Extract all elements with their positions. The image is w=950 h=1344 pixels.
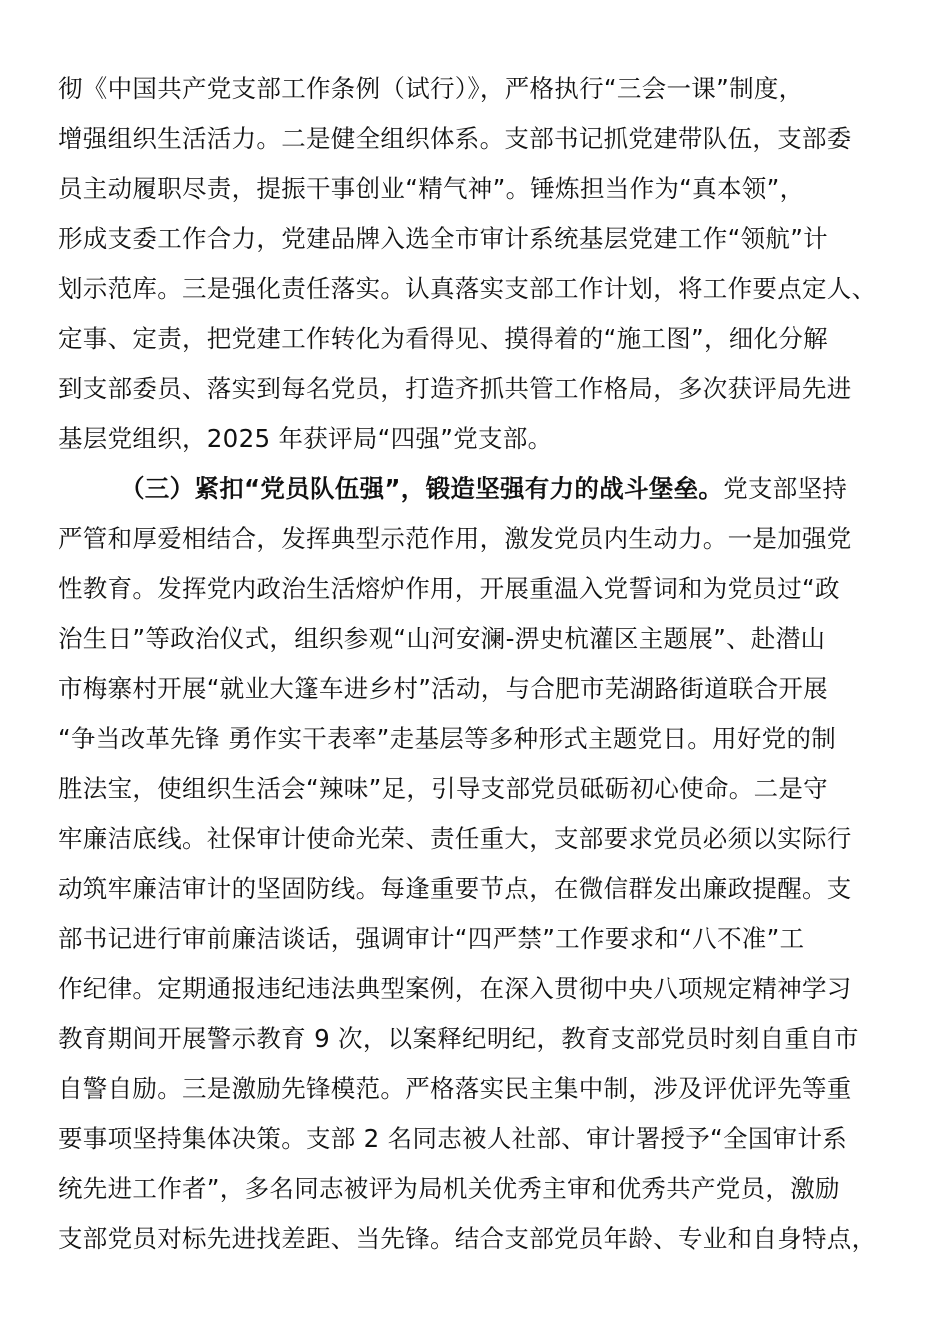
text-line: 形成支委工作合力，党建品牌入选全市审计系统基层党建工作“领航”计 xyxy=(58,214,898,264)
text-line: “争当改革先锋 勇作实干表率”走基层等多种形式主题党日。用好党的制 xyxy=(58,714,898,764)
text-line: 彻《中国共产党支部工作条例（试行）》，严格执行“三会一课”制度， xyxy=(58,64,898,114)
text-line: 员主动履职尽责，提振干事创业“精气神”。锤炼担当作为“真本领”， xyxy=(58,164,898,214)
text-line: 市梅寨村开展“就业大篷车进乡村”活动，与合肥市芜湖路街道联合开展 xyxy=(58,664,898,714)
text-line: 支部党员对标先进找差距、当先锋。结合支部党员年龄、专业和自身特点， xyxy=(58,1214,898,1264)
text-line: 基层党组织，2025 年获评局“四强”党支部。 xyxy=(58,414,898,464)
text-line: 要事项坚持集体决策。支部 2 名同志被人社部、审计署授予“全国审计系 xyxy=(58,1114,898,1164)
text-line: 作纪律。定期通报违纪违法典型案例，在深入贯彻中央八项规定精神学习 xyxy=(58,964,898,1014)
section-heading-line: （三）紧扣“党员队伍强”，锻造坚强有力的战斗堡垒。党支部坚持 xyxy=(58,464,898,514)
document-page: 彻《中国共产党支部工作条例（试行）》，严格执行“三会一课”制度， 增强组织生活活… xyxy=(58,64,898,1264)
text-line: 治生日”等政治仪式，组织参观“山河安澜-淠史杭灌区主题展”、赴潜山 xyxy=(58,614,898,664)
text-line: 自警自励。三是激励先锋模范。严格落实民主集中制，涉及评优评先等重 xyxy=(58,1064,898,1114)
paragraph-party-members: （三）紧扣“党员队伍强”，锻造坚强有力的战斗堡垒。党支部坚持 严管和厚爱相结合，… xyxy=(58,464,898,1264)
text-line: 性教育。发挥党内政治生活熔炉作用，开展重温入党誓词和为党员过“政 xyxy=(58,564,898,614)
paragraph-party-organization: 彻《中国共产党支部工作条例（试行）》，严格执行“三会一课”制度， 增强组织生活活… xyxy=(58,64,898,464)
text-line: 动筑牢廉洁审计的坚固防线。每逢重要节点，在微信群发出廉政提醒。支 xyxy=(58,864,898,914)
text-line: 严管和厚爱相结合，发挥典型示范作用，激发党员内生动力。一是加强党 xyxy=(58,514,898,564)
text-line: 统先进工作者”，多名同志被评为局机关优秀主审和优秀共产党员，激励 xyxy=(58,1164,898,1214)
text-line: 到支部委员、落实到每名党员，打造齐抓共管工作格局，多次获评局先进 xyxy=(58,364,898,414)
text-line: 增强组织生活活力。二是健全组织体系。支部书记抓党建带队伍，支部委 xyxy=(58,114,898,164)
section-heading: （三）紧扣“党员队伍强”，锻造坚强有力的战斗堡垒。 xyxy=(120,474,723,503)
text-line: 定事、定责，把党建工作转化为看得见、摸得着的“施工图”，细化分解 xyxy=(58,314,898,364)
text-line: 划示范库。三是强化责任落实。认真落实支部工作计划，将工作要点定人、 xyxy=(58,264,898,314)
text-line: 教育期间开展警示教育 9 次，以案释纪明纪，教育支部党员时刻自重自市 xyxy=(58,1014,898,1064)
heading-line-continuation: 党支部坚持 xyxy=(723,474,847,503)
text-line: 牢廉洁底线。社保审计使命光荣、责任重大，支部要求党员必须以实际行 xyxy=(58,814,898,864)
text-line: 胜法宝，使组织生活会“辣味”足，引导支部党员砥砺初心使命。二是守 xyxy=(58,764,898,814)
text-line: 部书记进行审前廉洁谈话，强调审计“四严禁”工作要求和“八不准”工 xyxy=(58,914,898,964)
